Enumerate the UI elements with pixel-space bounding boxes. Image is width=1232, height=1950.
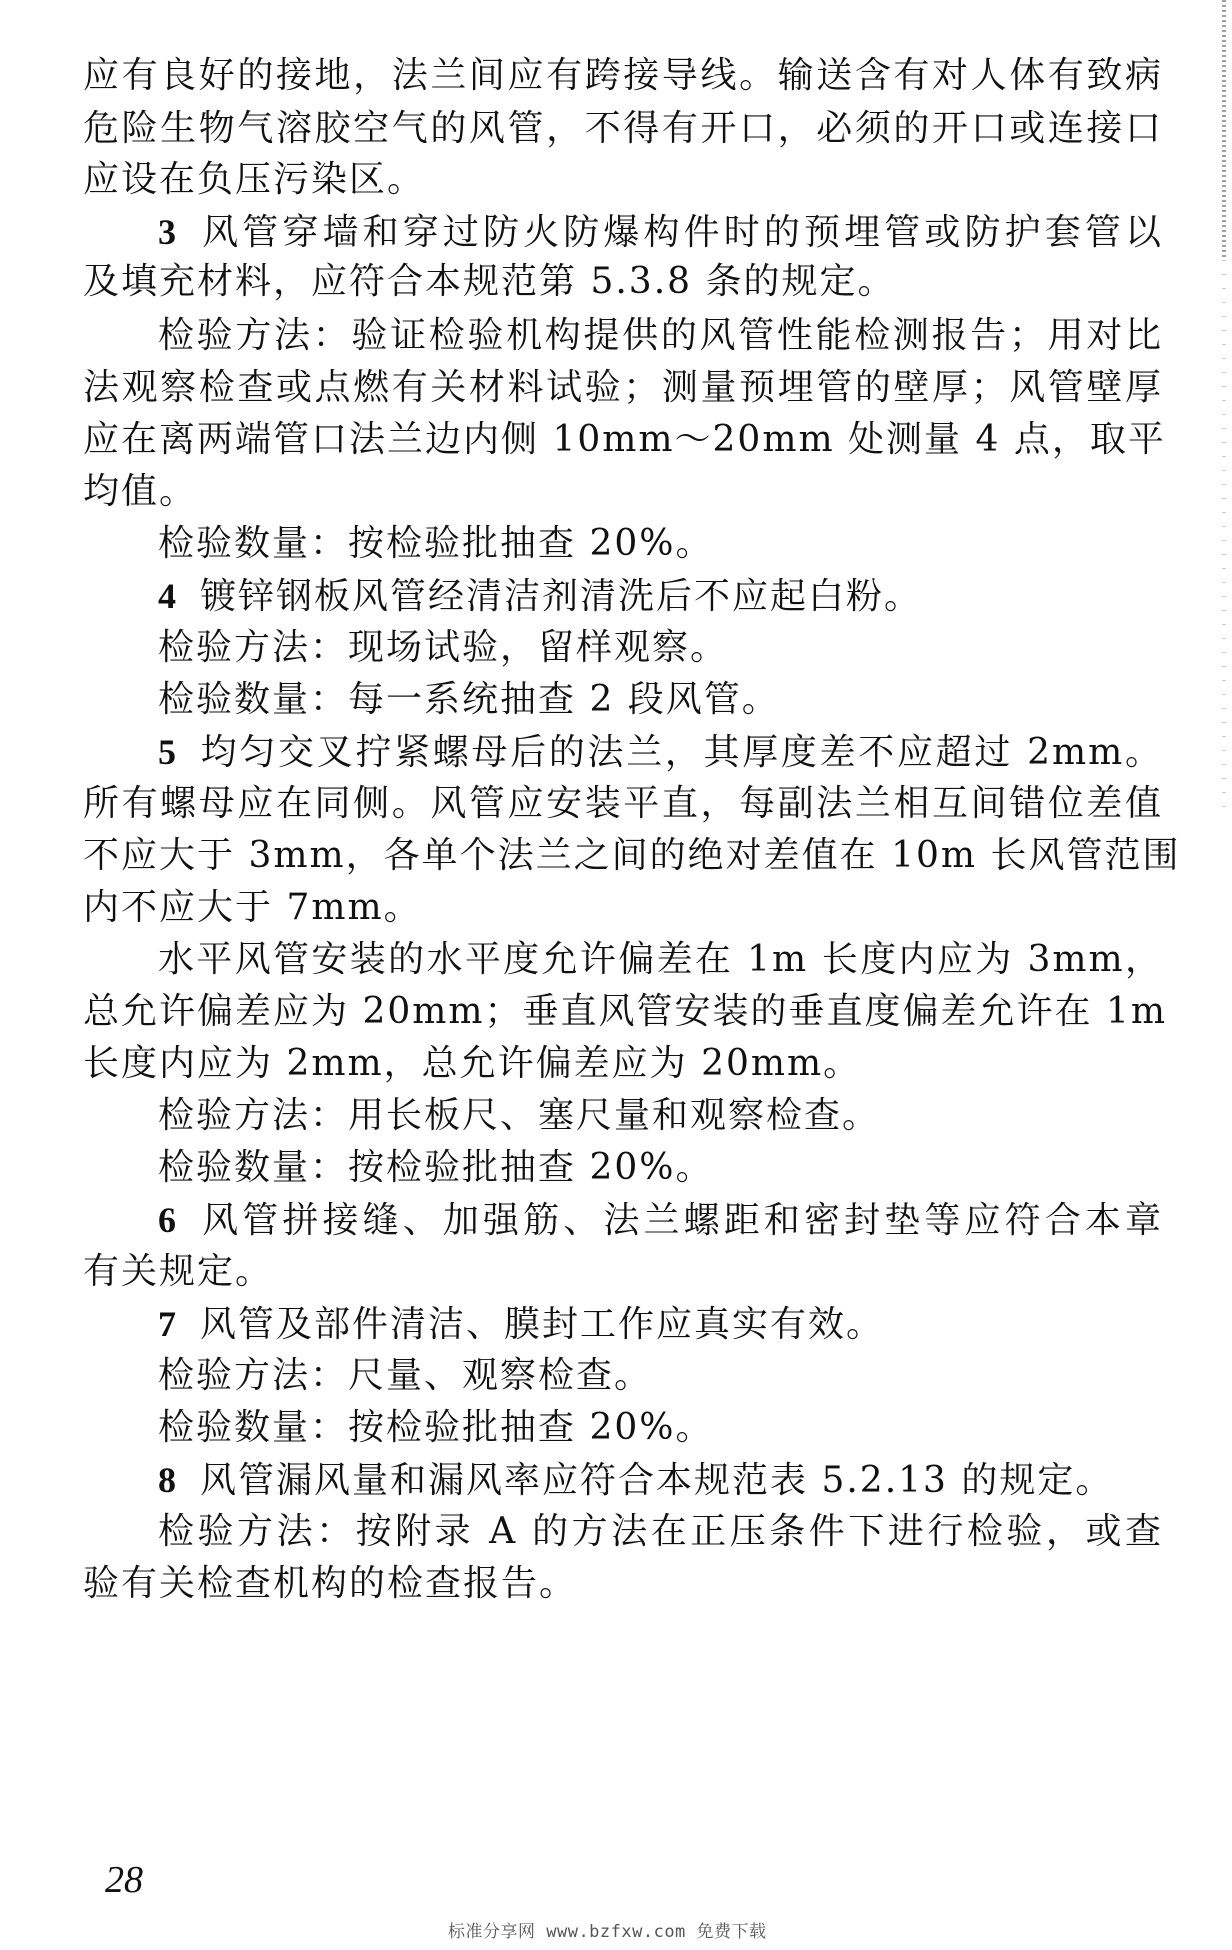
text-line: 及填充材料，应符合本规范第 5.3.8 条的规定。 bbox=[83, 260, 1163, 304]
clause-5: 5均匀交叉拧紧螺母后的法兰，其厚度差不应超过 2mm。 bbox=[158, 730, 1163, 774]
inspection-quantity: 检验数量：按检验批抽查 20%。 bbox=[158, 1406, 1163, 1450]
inspection-method: 检验方法：尺量、观察检查。 bbox=[158, 1354, 1163, 1398]
inspection-method: 检验方法：按附录 A 的方法在正压条件下进行检验，或查 bbox=[158, 1510, 1163, 1554]
clause-8: 8风管漏风量和漏风率应符合本规范表 5.2.13 的规定。 bbox=[158, 1458, 1163, 1502]
text-line: 法观察检查或点燃有关材料试验；测量预埋管的壁厚；风管壁厚 bbox=[83, 366, 1163, 410]
clause-number: 8 bbox=[158, 1460, 178, 1500]
text-line: 内不应大于 7mm。 bbox=[83, 886, 1163, 930]
clause-number: 5 bbox=[158, 732, 178, 772]
clause-7: 7风管及部件清洁、膜封工作应真实有效。 bbox=[158, 1302, 1163, 1346]
text-line: 危险生物气溶胶空气的风管，不得有开口，必须的开口或连接口 bbox=[83, 107, 1163, 151]
document-page: 应有良好的接地，法兰间应有跨接导线。输送含有对人体有致病 危险生物气溶胶空气的风… bbox=[0, 0, 1232, 1950]
text-line: 长度内应为 2mm，总允许偏差应为 20mm。 bbox=[83, 1042, 1163, 1086]
watermark: 标准分享网 www.bzfxw.com 免费下载 bbox=[448, 1917, 767, 1942]
page-number: 28 bbox=[105, 1858, 143, 1902]
text-line: 验有关检查机构的检查报告。 bbox=[83, 1562, 1163, 1606]
inspection-quantity: 检验数量：按检验批抽查 20%。 bbox=[158, 522, 1163, 566]
text-line: 水平风管安装的水平度允许偏差在 1m 长度内应为 3mm， bbox=[158, 938, 1163, 982]
clause-text: 风管漏风量和漏风率应符合本规范表 5.2.13 的规定。 bbox=[200, 1460, 1113, 1501]
clause-number: 4 bbox=[158, 576, 178, 616]
text-line: 均值。 bbox=[83, 470, 1163, 514]
text-line: 应有良好的接地，法兰间应有跨接导线。输送含有对人体有致病 bbox=[83, 54, 1163, 98]
text-line: 应在离两端管口法兰边内侧 10mm～20mm 处测量 4 点，取平 bbox=[83, 418, 1163, 462]
clause-text: 镀锌钢板风管经清洁剂清洗后不应起白粉。 bbox=[200, 576, 922, 617]
text-line: 有关规定。 bbox=[83, 1250, 1163, 1294]
inspection-method: 检验方法：用长板尺、塞尺量和观察检查。 bbox=[158, 1094, 1163, 1138]
clause-6: 6风管拼接缝、加强筋、法兰螺距和密封垫等应符合本章 bbox=[158, 1198, 1163, 1242]
clause-number: 6 bbox=[158, 1200, 178, 1240]
text-line: 总允许偏差应为 20mm；垂直风管安装的垂直度偏差允许在 1m bbox=[83, 990, 1163, 1034]
inspection-method: 检验方法：现场试验，留样观察。 bbox=[158, 626, 1163, 670]
text-line: 所有螺母应在同侧。风管应安装平直，每副法兰相互间错位差值 bbox=[83, 782, 1163, 826]
clause-3: 3风管穿墙和穿过防火防爆构件时的预埋管或防护套管以 bbox=[158, 210, 1163, 254]
text-line: 不应大于 3mm，各单个法兰之间的绝对差值在 10m 长风管范围 bbox=[83, 834, 1163, 878]
clause-number: 3 bbox=[158, 212, 178, 252]
scan-edge-artifact bbox=[1222, 260, 1226, 820]
clause-number: 7 bbox=[158, 1304, 178, 1344]
clause-text: 风管及部件清洁、膜封工作应真实有效。 bbox=[200, 1304, 884, 1345]
clause-text: 均匀交叉拧紧螺母后的法兰，其厚度差不应超过 2mm。 bbox=[200, 732, 1163, 773]
text-line: 应设在负压污染区。 bbox=[83, 158, 1163, 202]
clause-4: 4镀锌钢板风管经清洁剂清洗后不应起白粉。 bbox=[158, 574, 1163, 618]
inspection-quantity: 检验数量：按检验批抽查 20%。 bbox=[158, 1146, 1163, 1190]
inspection-method: 检验方法：验证检验机构提供的风管性能检测报告；用对比 bbox=[158, 314, 1163, 358]
inspection-quantity: 检验数量：每一系统抽查 2 段风管。 bbox=[158, 678, 1163, 722]
scan-edge-artifact bbox=[1222, 0, 1226, 260]
clause-text: 风管穿墙和穿过防火防爆构件时的预埋管或防护套管以 bbox=[200, 212, 1163, 253]
clause-text: 风管拼接缝、加强筋、法兰螺距和密封垫等应符合本章 bbox=[200, 1200, 1163, 1241]
